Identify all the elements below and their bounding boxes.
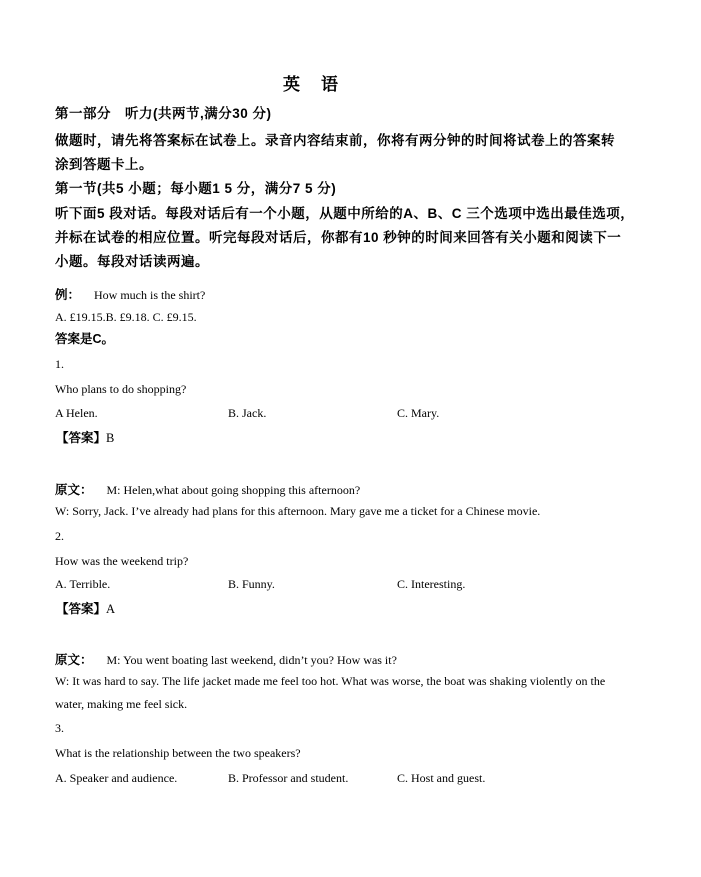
question-1-option-a: A Helen. <box>55 406 98 420</box>
section1-heading: 第一节(共5 小题；每小题1 5 分，满分7 5 分) <box>55 181 336 197</box>
question-2-transcript-w-line1: W: It was hard to say. The life jacket m… <box>55 674 605 688</box>
section1-instructions-line3: 小题。每段对话读两遍。 <box>55 254 209 270</box>
part1-instructions-line1: 做题时，请先将答案标在试卷上。录音内容结束前，你将有两分钟的时间将试卷上的答案转 <box>55 133 615 149</box>
question-1-answer: B <box>106 431 114 445</box>
question-1-answer-line: 【答案】B <box>56 428 114 447</box>
part1-heading: 第一部分 听力(共两节,满分30 分) <box>55 106 272 122</box>
part1-instructions-line2: 涂到答题卡上。 <box>55 157 153 173</box>
question-3-option-c: C. Host and guest. <box>397 771 485 785</box>
question-2-transcript-m: M: You went boating last weekend, didn’t… <box>107 653 397 667</box>
question-1-transcript-m: M: Helen,what about going shopping this … <box>107 483 361 497</box>
question-2-transcript-label: 原文： <box>55 653 93 668</box>
question-2-number: 2. <box>55 529 64 543</box>
question-2-transcript-line1: 原文：M: You went boating last weekend, did… <box>55 650 397 669</box>
question-3-number: 3. <box>55 721 64 735</box>
example-options-line: A. £19.15.B. £9.18. C. £9.15. <box>55 310 197 324</box>
example-answer-line: 答案是C。 <box>55 332 114 347</box>
section1-instructions-line2: 并标在试卷的相应位置。听完每段对话后，你都有10 秒钟的时间来回答有关小题和阅读… <box>55 230 621 246</box>
question-2-option-b: B. Funny. <box>228 577 275 591</box>
question-3-text: What is the relationship between the two… <box>55 746 301 760</box>
exam-paper-page: 英 语 第一部分 听力(共两节,满分30 分) 做题时，请先将答案标在试卷上。录… <box>0 0 701 877</box>
question-1-transcript-line1: 原文：M: Helen,what about going shopping th… <box>55 480 360 499</box>
page-title: 英 语 <box>55 75 568 95</box>
question-1-answer-label: 【答案】 <box>56 431 106 445</box>
question-2-answer: A <box>106 602 115 616</box>
question-2-option-c: C. Interesting. <box>397 577 465 591</box>
question-1-number: 1. <box>55 357 64 371</box>
question-1-option-c: C. Mary. <box>397 406 439 420</box>
question-3-option-a: A. Speaker and audience. <box>55 771 177 785</box>
question-2-transcript-w-line2: water, making me feel sick. <box>55 697 187 711</box>
question-1-transcript-w: W: Sorry, Jack. I’ve already had plans f… <box>55 504 540 518</box>
question-1-transcript-label: 原文： <box>55 483 93 498</box>
question-2-option-a: A. Terrible. <box>55 577 110 591</box>
example-question-line: 例：How much is the shirt? <box>55 285 205 304</box>
question-1-option-b: B. Jack. <box>228 406 266 420</box>
section1-instructions-line1: 听下面5 段对话。每段对话后有一个小题，从题中所给的A、B、C 三个选项中选出最… <box>55 206 634 222</box>
question-2-text: How was the weekend trip? <box>55 554 188 568</box>
question-1-text: Who plans to do shopping? <box>55 382 186 396</box>
example-question-text: How much is the shirt? <box>94 288 205 302</box>
question-2-answer-line: 【答案】A <box>56 599 115 618</box>
question-3-option-b: B. Professor and student. <box>228 771 348 785</box>
question-2-answer-label: 【答案】 <box>56 602 106 616</box>
example-label: 例： <box>55 288 80 303</box>
